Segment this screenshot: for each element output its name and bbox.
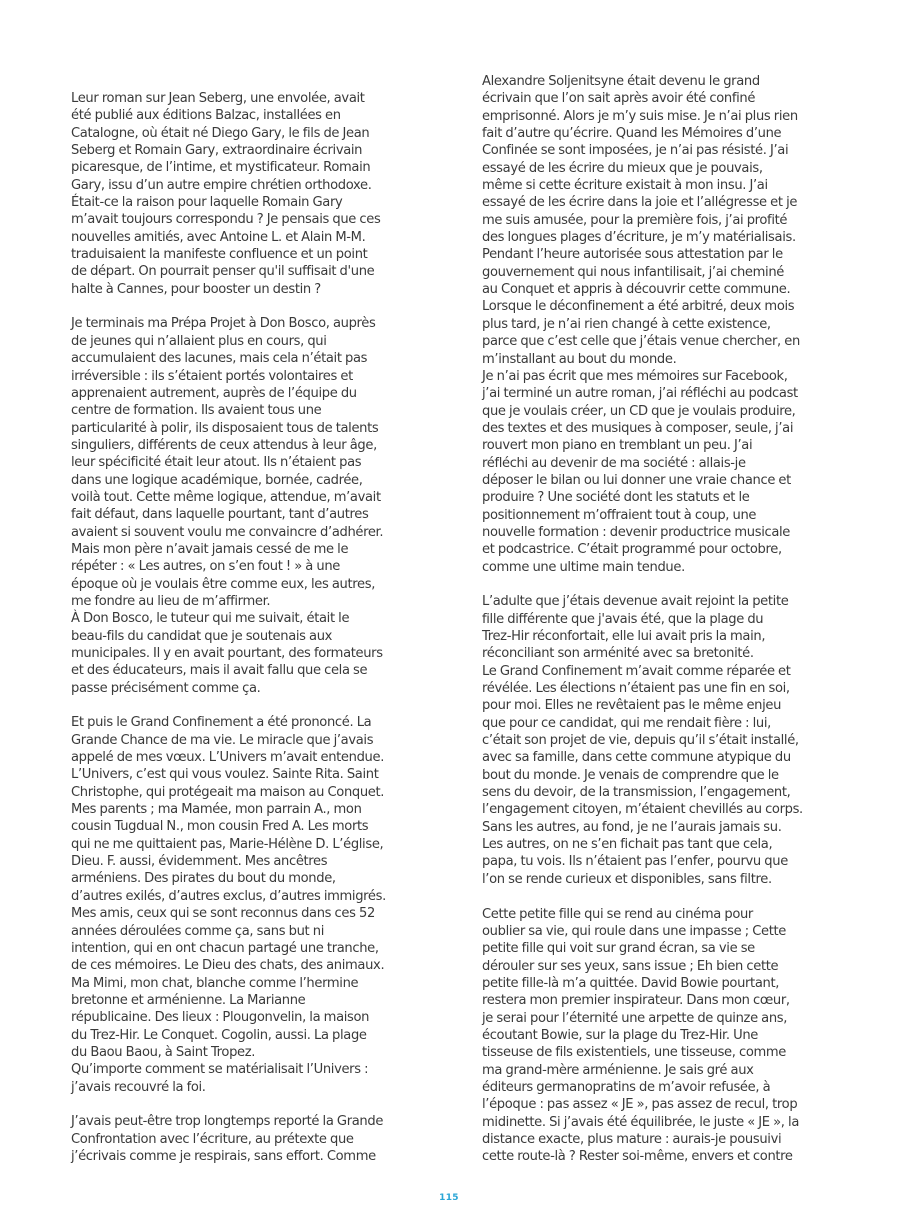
text-line: Était-ce la raison pour laquelle Romain …: [71, 194, 431, 211]
text-line: traduisaient la manifeste confluence et …: [71, 246, 431, 263]
text-line: Confinée se sont imposées, je n’ai pas r…: [482, 142, 844, 159]
text-line: que je voulais créer, un CD que je voula…: [482, 403, 844, 420]
text-line: L’Univers, c’est qui vous voulez. Sainte…: [71, 766, 431, 783]
text-line: oublier sa vie, qui roule dans une impas…: [482, 923, 844, 940]
text-line: comme une ultime main tendue.: [482, 559, 844, 576]
text-line: cousin Tugdual N., mon cousin Fred A. Le…: [71, 818, 431, 835]
text-line: À Don Bosco, le tuteur qui me suivait, é…: [71, 610, 431, 627]
text-line: nouvelle formation : devenir productrice…: [482, 524, 844, 541]
text-line: papa, tu vois. Ils n’étaient pas l’enfer…: [482, 853, 844, 870]
text-line: époque où je voulais être comme eux, les…: [71, 576, 431, 593]
text-line: Je n’ai pas écrit que mes mémoires sur F…: [482, 368, 844, 385]
paragraph: L’adulte que j’étais devenue avait rejoi…: [482, 593, 844, 888]
text-line: distance exacte, plus mature : aurais-je…: [482, 1131, 844, 1148]
book-page: Leur roman sur Jean Seberg, une envolée,…: [0, 0, 898, 1228]
text-line: réconciliant son arménité avec sa breton…: [482, 645, 844, 662]
text-line: rouvert mon piano en tremblant un peu. J…: [482, 437, 844, 454]
text-line: des longues plages d’écriture, je m’y ma…: [482, 229, 844, 246]
text-line: de ces mémoires. Le Dieu des chats, des …: [71, 957, 431, 974]
text-line: j’avais recouvré la foi.: [71, 1079, 431, 1096]
text-line: appelé de mes vœux. L’Univers m’avait en…: [71, 749, 431, 766]
text-line: fait d’autre qu’écrire. Quand les Mémoir…: [482, 125, 844, 142]
text-line: bretonne et arménienne. La Marianne: [71, 992, 431, 1009]
text-line: m’avait toujours correspondu ? Je pensai…: [71, 211, 431, 228]
text-line: Cette petite fille qui se rend au cinéma…: [482, 906, 844, 923]
text-line: et podcastrice. C’était programmé pour o…: [482, 541, 844, 558]
text-line: années déroulées comme ça, sans but ni: [71, 923, 431, 940]
text-line: dérouler sur ses yeux, sans issue ; Eh b…: [482, 958, 844, 975]
text-line: Christophe, qui protégeait ma maison au …: [71, 784, 431, 801]
text-line: municipales. Il y en avait pourtant, des…: [71, 645, 431, 662]
text-line: Dieu. F. aussi, évidemment. Mes ancêtres: [71, 853, 431, 870]
text-line: du Baou Baou, à Saint Tropez.: [71, 1044, 431, 1061]
text-line: midinette. Si j’avais été équilibrée, le…: [482, 1114, 844, 1131]
left-text-column: Leur roman sur Jean Seberg, une envolée,…: [71, 90, 431, 1165]
text-line: Leur roman sur Jean Seberg, une envolée,…: [71, 90, 431, 107]
text-line: qui ne me quittaient pas, Marie-Hélène D…: [71, 836, 431, 853]
text-line: pour moi. Elles ne revêtaient pas le mêm…: [482, 697, 844, 714]
text-line: Ma Mimi, mon chat, blanche comme l’hermi…: [71, 975, 431, 992]
text-line: essayé de les écrire dans la joie et l’a…: [482, 194, 844, 211]
text-line: même si cette écriture existait à mon in…: [482, 177, 844, 194]
text-line: accumulaient des lacunes, mais cela n’ét…: [71, 350, 431, 367]
text-line: J’avais peut-être trop longtemps reporté…: [71, 1113, 431, 1130]
text-line: parce que c’est celle que j’étais venue …: [482, 333, 844, 350]
text-line: Seberg et Romain Gary, extraordinaire éc…: [71, 142, 431, 159]
text-line: produire ? Une société dont les statuts …: [482, 489, 844, 506]
text-line: éditeurs germanopratins de m’avoir refus…: [482, 1079, 844, 1096]
text-line: singuliers, différents de ceux attendus …: [71, 437, 431, 454]
text-line: irréversible : ils s’étaient portés volo…: [71, 368, 431, 385]
text-line: Le Grand Confinement m’avait comme répar…: [482, 663, 844, 680]
text-line: et des éducateurs, mais il avait fallu q…: [71, 662, 431, 679]
text-line: avec sa famille, dans cette commune atyp…: [482, 749, 844, 766]
text-line: du Trez-Hir. Le Conquet. Cogolin, aussi.…: [71, 1027, 431, 1044]
paragraph: J’avais peut-être trop longtemps reporté…: [71, 1113, 431, 1165]
text-line: gouvernement qui nous infantilisait, j’a…: [482, 264, 844, 281]
paragraph-spacer: [482, 888, 844, 905]
text-line: des textes et des musiques à composer, s…: [482, 420, 844, 437]
text-line: intention, qui en ont chacun partagé une…: [71, 940, 431, 957]
text-line: d’autres exilés, d’autres exclus, d’autr…: [71, 888, 431, 905]
text-line: l’époque : pas assez « JE », pas assez d…: [482, 1096, 844, 1113]
text-line: Catalogne, où était né Diego Gary, le fi…: [71, 125, 431, 142]
text-line: picaresque, de l’intime, et mystificateu…: [71, 159, 431, 176]
text-line: Pendant l’heure autorisée sous attestati…: [482, 246, 844, 263]
text-line: avaient si souvent voulu me convaincre d…: [71, 524, 431, 541]
paragraph-spacer: [71, 1096, 431, 1113]
paragraph: Je terminais ma Prépa Projet à Don Bosco…: [71, 315, 431, 697]
text-line: c’était son projet de vie, depuis qu’il …: [482, 732, 844, 749]
text-line: au Conquet et appris à découvrir cette c…: [482, 281, 844, 298]
text-line: petite fille qui voit sur grand écran, s…: [482, 940, 844, 957]
text-line: Et puis le Grand Confinement a été prono…: [71, 714, 431, 731]
text-line: déposer le bilan ou lui donner une vraie…: [482, 472, 844, 489]
text-line: particularité à polir, ils disposaient t…: [71, 420, 431, 437]
text-line: Gary, issu d’un autre empire chrétien or…: [71, 177, 431, 194]
text-line: me fondre au lieu de m’affirmer.: [71, 593, 431, 610]
text-line: arméniens. Des pirates du bout du monde,: [71, 870, 431, 887]
paragraph-spacer: [71, 298, 431, 315]
text-line: l’engagement citoyen, m’étaient chevillé…: [482, 801, 844, 818]
text-line: sens du devoir, de la transmission, l’en…: [482, 784, 844, 801]
text-line: restera mon premier inspirateur. Dans mo…: [482, 992, 844, 1009]
text-line: Mes amis, ceux qui se sont reconnus dans…: [71, 905, 431, 922]
paragraph: Alexandre Soljenitsyne était devenu le g…: [482, 73, 844, 576]
text-line: beau-fils du candidat que je soutenais a…: [71, 628, 431, 645]
paragraph-spacer: [482, 576, 844, 593]
text-line: je serai pour l’éternité une arpette de …: [482, 1010, 844, 1027]
paragraph-spacer: [71, 697, 431, 714]
text-line: Sans les autres, au fond, je ne l’aurais…: [482, 819, 844, 836]
text-line: républicaine. Des lieux : Plougonvelin, …: [71, 1009, 431, 1026]
text-line: apprenaient autrement, auprès de l’équip…: [71, 385, 431, 402]
text-line: positionnement m’offraient tout à coup, …: [482, 507, 844, 524]
text-line: bout du monde. Je venais de comprendre q…: [482, 767, 844, 784]
text-line: Mais mon père n’avait jamais cessé de me…: [71, 541, 431, 558]
text-line: écoutant Bowie, sur la plage du Trez-Hir…: [482, 1027, 844, 1044]
text-line: ma grand-mère arménienne. Je sais gré au…: [482, 1062, 844, 1079]
text-line: leur spécificité était leur atout. Ils n…: [71, 454, 431, 471]
right-text-column: Alexandre Soljenitsyne était devenu le g…: [482, 73, 844, 1166]
text-line: cette route-là ? Rester soi-même, envers…: [482, 1148, 844, 1165]
text-line: Lorsque le déconfinement a été arbitré, …: [482, 298, 844, 315]
text-line: nouvelles amitiés, avec Antoine L. et Al…: [71, 229, 431, 246]
text-line: fait défaut, dans laquelle pourtant, tan…: [71, 506, 431, 523]
text-line: Alexandre Soljenitsyne était devenu le g…: [482, 73, 844, 90]
paragraph: Leur roman sur Jean Seberg, une envolée,…: [71, 90, 431, 298]
paragraph: Et puis le Grand Confinement a été prono…: [71, 714, 431, 1096]
page-number: 115: [0, 1193, 898, 1203]
text-line: écrivain que l’on sait après avoir été c…: [482, 90, 844, 107]
text-line: réfléchi au devenir de ma société : alla…: [482, 455, 844, 472]
text-line: j’écrivais comme je respirais, sans effo…: [71, 1148, 431, 1165]
text-line: j’ai terminé un autre roman, j’ai réfléc…: [482, 385, 844, 402]
text-line: Les autres, on ne s’en fichait pas tant …: [482, 836, 844, 853]
text-line: que pour ce candidat, qui me rendait fiè…: [482, 715, 844, 732]
text-line: Qu’importe comment se matérialisait l’Un…: [71, 1061, 431, 1078]
text-line: Je terminais ma Prépa Projet à Don Bosco…: [71, 315, 431, 332]
text-line: l’on se rende curieux et disponibles, sa…: [482, 871, 844, 888]
text-line: de jeunes qui n’allaient plus en cours, …: [71, 333, 431, 350]
text-line: tisseuse de fils existentiels, une tisse…: [482, 1044, 844, 1061]
text-line: essayé de les écrire du mieux que je pou…: [482, 160, 844, 177]
text-line: Trez-Hir réconfortait, elle lui avait pr…: [482, 628, 844, 645]
text-line: Grande Chance de ma vie. Le miracle que …: [71, 732, 431, 749]
text-line: L’adulte que j’étais devenue avait rejoi…: [482, 593, 844, 610]
text-line: de départ. On pourrait penser qu'il suff…: [71, 263, 431, 280]
text-line: me suis amusée, pour la première fois, j…: [482, 212, 844, 229]
text-line: révélée. Les élections n’étaient pas une…: [482, 680, 844, 697]
paragraph: Cette petite fille qui se rend au cinéma…: [482, 906, 844, 1166]
text-line: centre de formation. Ils avaient tous un…: [71, 402, 431, 419]
text-line: petite fille-là m’a quittée. David Bowie…: [482, 975, 844, 992]
text-line: Confrontation avec l’écriture, au prétex…: [71, 1131, 431, 1148]
text-line: voilà tout. Cette même logique, attendue…: [71, 489, 431, 506]
text-line: dans une logique académique, bornée, cad…: [71, 472, 431, 489]
text-line: halte à Cannes, pour booster un destin ?: [71, 281, 431, 298]
text-line: Mes parents ; ma Mamée, mon parrain A., …: [71, 801, 431, 818]
text-line: plus tard, je n’ai rien changé à cette e…: [482, 316, 844, 333]
text-line: passe précisément comme ça.: [71, 680, 431, 697]
text-line: emprisonné. Alors je m’y suis mise. Je n…: [482, 108, 844, 125]
text-line: m’installant au bout du monde.: [482, 351, 844, 368]
text-line: répéter : « Les autres, on s’en fout ! »…: [71, 558, 431, 575]
text-line: été publié aux éditions Balzac, installé…: [71, 107, 431, 124]
text-line: fille différente que j'avais été, que la…: [482, 611, 844, 628]
